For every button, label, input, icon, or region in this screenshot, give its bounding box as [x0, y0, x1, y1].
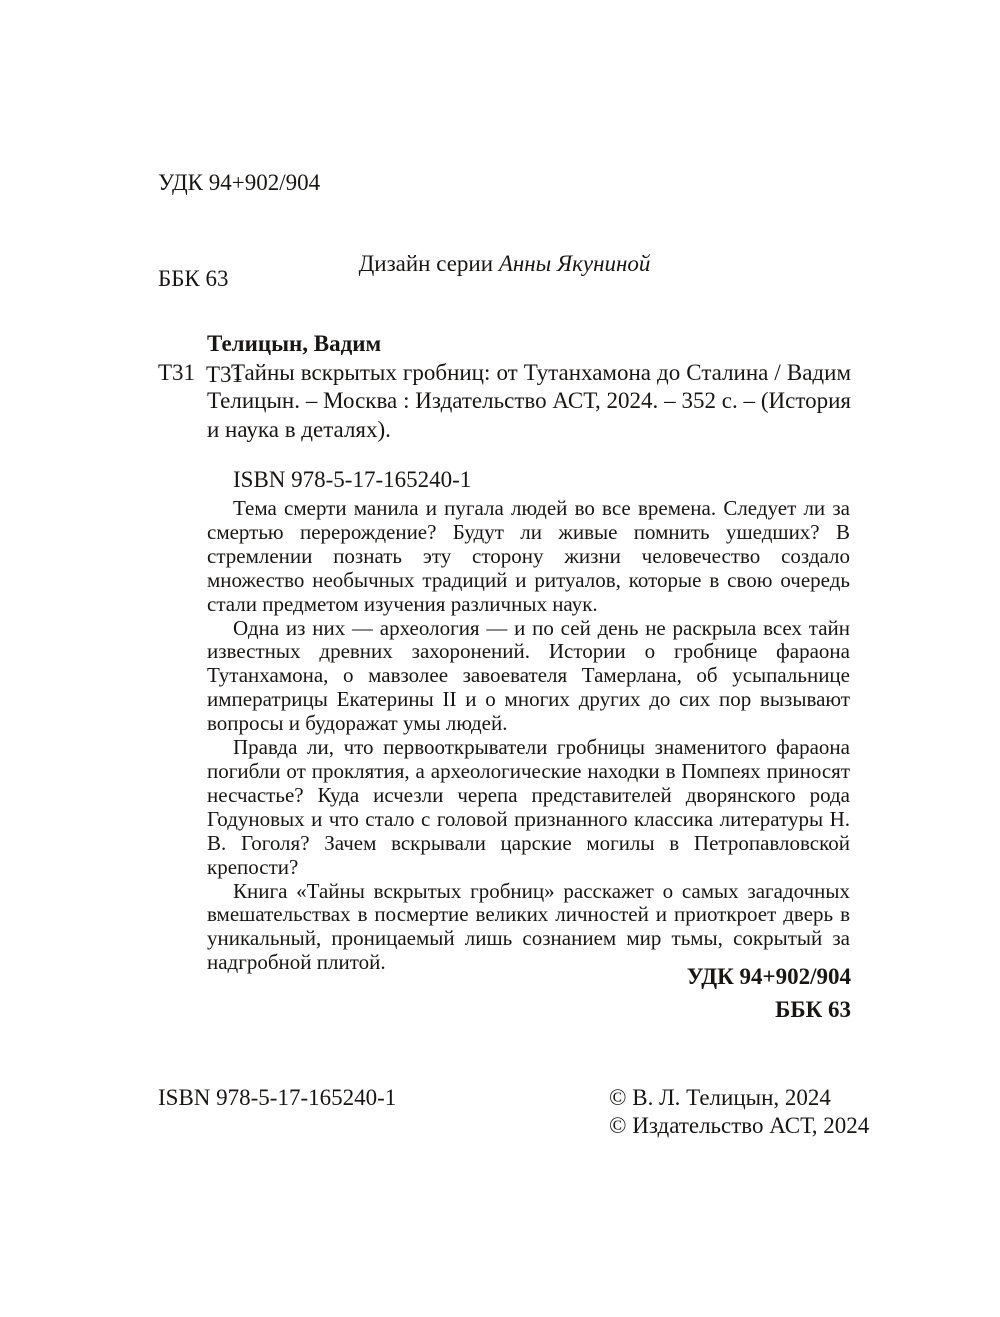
- bib-author: Телицын, Вадим: [207, 330, 851, 359]
- designer-name: Анны Якуниной: [499, 251, 651, 276]
- annotation-paragraph: Тема смерти манила и пугала людей во все…: [207, 497, 850, 617]
- udc-code: УДК 94+902/904: [158, 167, 320, 199]
- copyright-author-line: © В. Л. Телицын, 2024: [609, 1084, 869, 1112]
- footer-isbn: ISBN 978-5-17-165240-1: [158, 1084, 396, 1112]
- annotation-block: Тема смерти манила и пугала людей во все…: [207, 497, 850, 975]
- bottom-classification-block: УДК 94+902/904 ББК 63: [158, 960, 851, 1026]
- copyright-publisher-line: © Издательство АСТ, 2024: [609, 1112, 869, 1140]
- bib-author-sign-label: Т31: [158, 359, 195, 388]
- imprint-page: УДК 94+902/904 ББК 63 Т31 Дизайн серии А…: [0, 0, 1000, 1317]
- bottom-udc-code: УДК 94+902/904: [158, 960, 851, 993]
- series-design-credit: Дизайн серии Анны Якуниной: [158, 251, 851, 277]
- annotation-paragraph: Одна из них — археология — и по сей день…: [207, 617, 850, 737]
- bib-entry-row: Т31 Тайны вскрытых гробниц: от Тутанхамо…: [158, 359, 851, 445]
- isbn-line: ISBN 978-5-17-165240-1: [233, 467, 471, 493]
- bottom-bbk-code: ББК 63: [158, 993, 851, 1026]
- copyright-block: © В. Л. Телицын, 2024 © Издательство АСТ…: [609, 1084, 869, 1140]
- design-credit-prefix: Дизайн серии: [359, 251, 499, 276]
- annotation-paragraph: Правда ли, что первооткрыватели гробницы…: [207, 736, 850, 879]
- bib-description: Тайны вскрытых гробниц: от Тутанхамона д…: [207, 359, 851, 445]
- bibliographic-entry: Телицын, Вадим Т31 Тайны вскрытых гробни…: [158, 330, 851, 444]
